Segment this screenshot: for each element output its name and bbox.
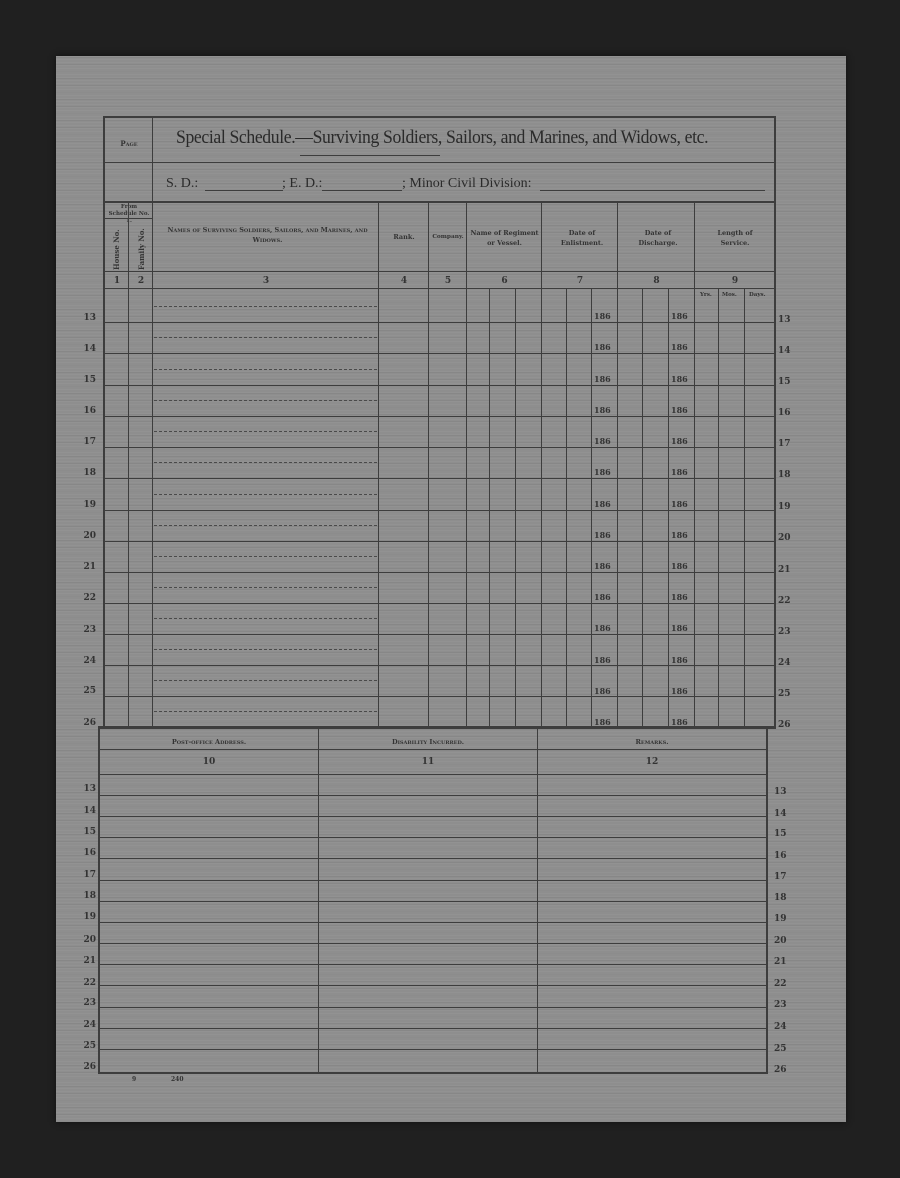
header-bottom-border <box>103 201 776 203</box>
census-form-page <box>56 56 846 1122</box>
col-num-10: 10 <box>100 757 318 767</box>
col-num-6: 6 <box>467 276 542 286</box>
col-num-4: 4 <box>379 276 429 286</box>
group-header-divider <box>105 218 153 219</box>
col-header-regiment: Name of Regiment or Vessel. <box>467 228 542 248</box>
title-divider <box>103 162 776 163</box>
vline-c8 <box>694 203 695 726</box>
col-num-1: 1 <box>106 276 128 286</box>
col-header-names: Names of Surviving Soldiers, Sailors, an… <box>165 225 370 245</box>
col-num-8: 8 <box>618 276 695 286</box>
col-header-remarks: Remarks. <box>538 737 766 747</box>
subcol-years: Yrs. <box>700 292 712 298</box>
footer-code-left: 9 <box>132 1076 136 1083</box>
subcol-months: Mos. <box>722 292 737 298</box>
vline-c1 <box>128 203 129 726</box>
col-header-post-office: Post-office Address. <box>100 737 318 747</box>
col-num-2: 2 <box>130 276 152 286</box>
vline-c4 <box>428 203 429 726</box>
col-header-house-no: House No. <box>112 228 121 270</box>
lower-number-bottom <box>100 774 766 775</box>
col-number-bottom <box>103 288 776 289</box>
col-num-7: 7 <box>542 276 618 286</box>
lower-right-border <box>766 726 768 1074</box>
lower-label-bottom <box>100 749 766 750</box>
col-header-family-no: Family No. <box>137 224 146 270</box>
col-header-enlistment: Date of Enlistment. <box>552 228 612 248</box>
vline-c2 <box>152 203 153 726</box>
form-title: Special Schedule.—Surviving Soldiers, Sa… <box>176 127 708 149</box>
vline-c7 <box>617 203 618 726</box>
lower-table-top-border <box>98 726 776 729</box>
vline-c5 <box>466 203 467 726</box>
header-top-border <box>103 116 776 118</box>
col-num-3: 3 <box>153 276 379 286</box>
upper-right-border <box>774 116 776 728</box>
col-header-length-service: Length of Service. <box>705 228 765 248</box>
col-header-disability: Disability Incurred. <box>319 737 537 747</box>
col-header-discharge: Date of Discharge. <box>628 228 688 248</box>
mcd-label: ; Minor Civil Division: <box>402 176 532 192</box>
col-label-bottom <box>103 271 776 272</box>
page-cell-divider <box>152 116 153 202</box>
col-num-11: 11 <box>319 757 537 767</box>
col-header-rank: Rank. <box>380 232 428 242</box>
lower-bottom-border <box>98 1072 768 1074</box>
upper-left-border <box>103 116 105 728</box>
col-num-9: 9 <box>695 276 775 286</box>
ed-label: ; E. D.: <box>282 176 322 192</box>
sd-label: S. D.: <box>166 176 198 192</box>
vline-c3 <box>378 203 379 726</box>
vline-c10 <box>318 728 319 1072</box>
footer-code-right: 240 <box>171 1076 184 1083</box>
col-num-12: 12 <box>538 757 766 767</box>
page-label: Page <box>106 139 152 148</box>
sd-field[interactable] <box>205 190 283 191</box>
ed-field[interactable] <box>322 190 402 191</box>
vline-c11 <box>537 728 538 1072</box>
mcd-field[interactable] <box>540 190 765 191</box>
vline-c6 <box>541 203 542 726</box>
col-num-5: 5 <box>429 276 467 286</box>
subcol-days: Days. <box>749 292 766 298</box>
lower-left-border <box>98 726 100 1074</box>
title-underline <box>300 155 440 156</box>
group-header-schedule-1: From Schedule No. 1. <box>106 204 152 225</box>
col-header-company: Company. <box>429 232 467 242</box>
